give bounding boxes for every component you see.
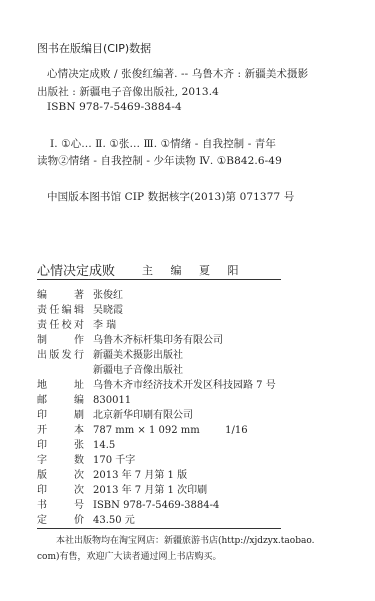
- colophon-row-word-count: 字数170 千字: [37, 451, 135, 465]
- colophon-row-printing: 印次2013 年 7 月第 1 次印刷: [37, 481, 207, 495]
- cip-isbn: ISBN 978-7-5469-3884-4: [47, 101, 182, 113]
- colophon-row-price: 定价43.50 元: [37, 511, 135, 525]
- colophon-row-publisher: 出版发行新疆美术摄影出版社: [37, 346, 183, 360]
- book-title: 心情决定成败: [37, 260, 115, 279]
- cip-heading: 图书在版编目(CIP)数据: [37, 40, 151, 56]
- colophon-row-publisher-2: 新疆电子音像出版社: [37, 361, 183, 375]
- colophon-row-isbn: 书号ISBN 978-7-5469-3884-4: [37, 496, 219, 510]
- colophon-row-proofreader: 责任校对李 瑞: [37, 316, 116, 330]
- divider-top: [37, 279, 281, 280]
- colophon-row-edition: 版次2013 年 7 月第 1 版: [37, 466, 187, 480]
- colophon-row-sheets: 印张14.5: [37, 436, 115, 450]
- colophon-row-author: 编著张俊红: [37, 286, 123, 300]
- cip-line-2: 出版社 : 新疆电子音像出版社, 2013.4: [37, 84, 219, 99]
- colophon-row-printer: 印刷北京新华印刷有限公司: [37, 406, 193, 420]
- notice-line-2: com)有售，欢迎广大读者通过网上书店购买。: [37, 549, 222, 562]
- cip-classification-2: 读物②情绪 - 自我控制 - 少年读物 Ⅳ. ①B842.6-49: [37, 153, 282, 168]
- colophon-row-address: 地址乌鲁木齐市经济技术开发区科技园路 7 号: [37, 376, 276, 390]
- colophon-row-producer: 制作乌鲁木齐标杆集印务有限公司: [37, 331, 223, 345]
- colophon-row-editor: 责任编辑吴晓霞: [37, 301, 123, 315]
- colophon-row-postcode: 邮编830011: [37, 391, 131, 405]
- colophon-row-format: 开本787 mm × 1 092 mm 1/16: [37, 421, 248, 435]
- chief-editor: 主 编 夏 阳: [142, 262, 246, 278]
- cip-record-number: 中国版本图书馆 CIP 数据核字(2013)第 071377 号: [47, 189, 294, 204]
- cip-classification-1: Ⅰ. ①心… Ⅱ. ①张… Ⅲ. ①情绪 - 自我控制 - 青年: [50, 136, 276, 151]
- cip-line-1: 心情决定成败 / 张俊红编著. -- 乌鲁木齐 : 新疆美术摄影: [47, 66, 308, 81]
- divider-bottom: [37, 528, 281, 529]
- notice-line-1: 本社出版物均在淘宝网店：新疆旅游书店(http://xjdzyx.taobao.: [56, 533, 314, 546]
